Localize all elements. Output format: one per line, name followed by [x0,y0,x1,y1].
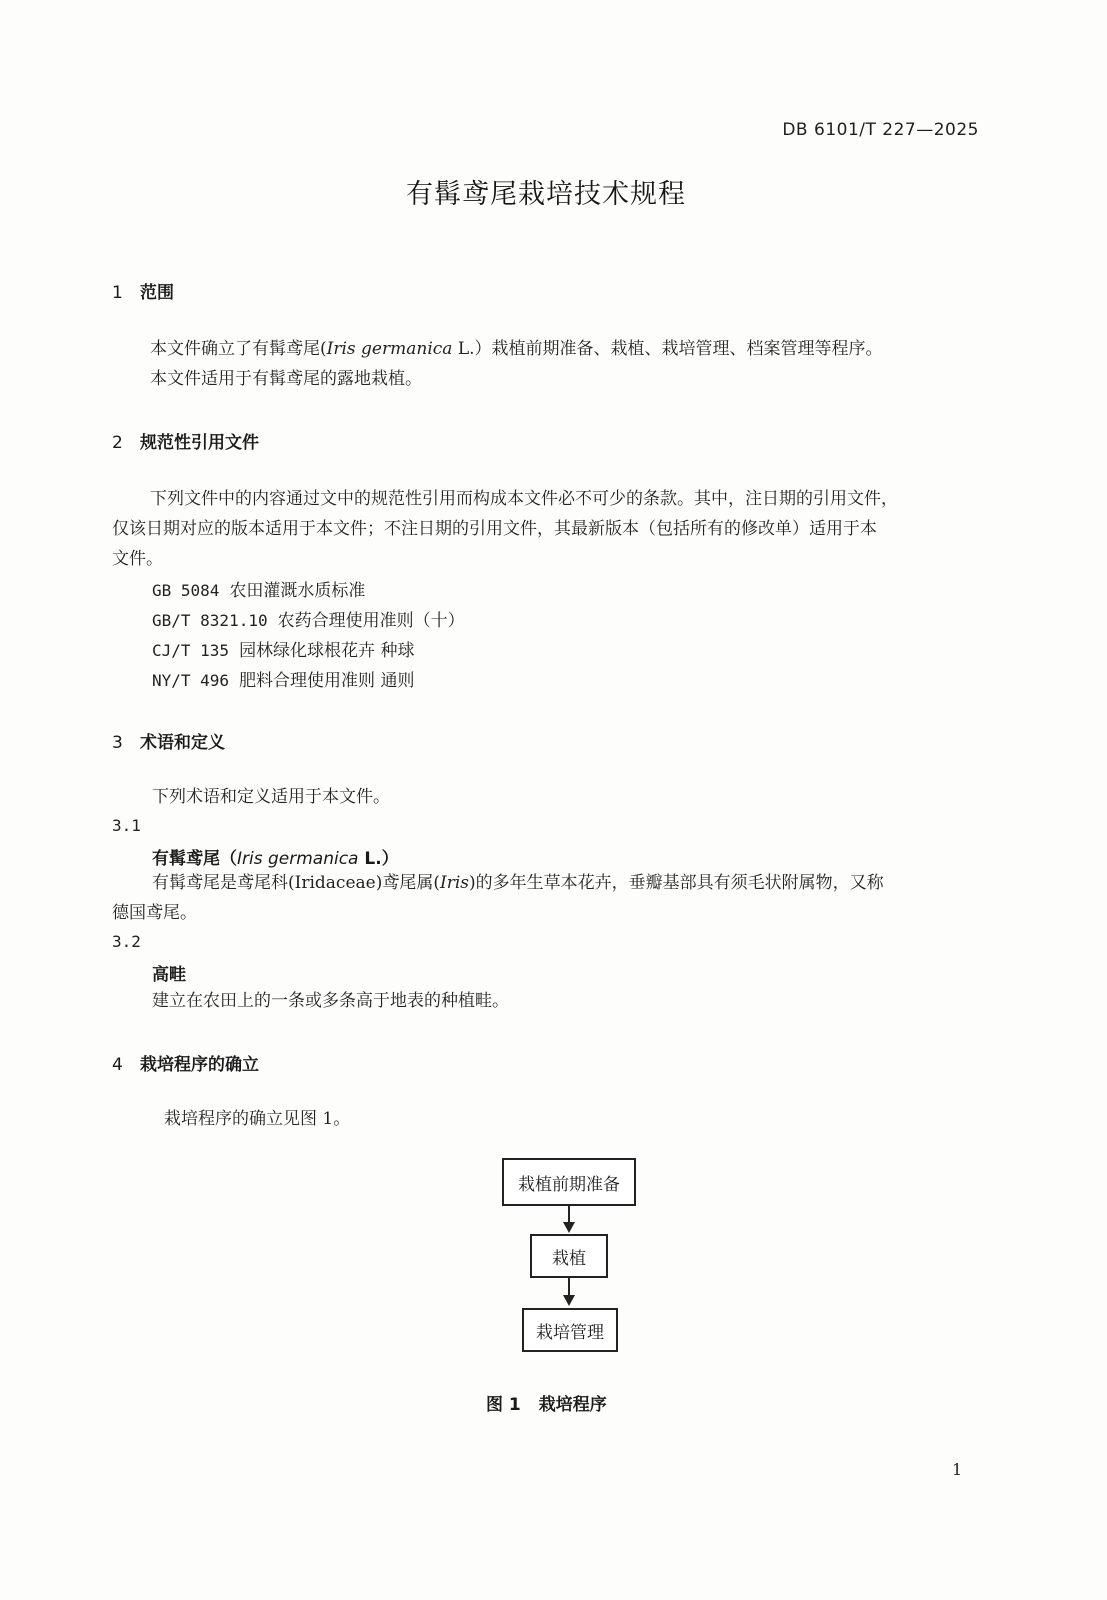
term-name: 高畦 [152,960,186,985]
section-number: 1 [112,283,140,303]
text: L.） [358,849,398,869]
term-definition: 建立在农田上的一条或多条高于地表的种植畦。 [152,986,509,1016]
reference-code: GB 5084 [152,581,219,600]
section-number: 4 [112,1055,140,1075]
arrow-line [568,1278,570,1296]
text: 本文件确立了有髯鸢尾( [150,339,327,359]
reference-code: CJ/T 135 [152,641,229,660]
section-number: 2 [112,433,140,453]
genus-name: Iris [440,873,469,893]
flow-step-management: 栽培管理 [522,1308,618,1352]
reference-title: 农药合理使用准则（十） [278,611,465,631]
section-title: 规范性引用文件 [140,433,259,453]
normative-intro-line-3: 文件。 [112,544,163,574]
species-name: Iris germanica [237,849,358,869]
term-definition: 有髯鸢尾是鸢尾科(Iridaceae)鸢尾属(Iris)的多年生草本花卉，垂瓣基… [152,868,884,898]
text: L.）栽植前期准备、栽植、栽培管理、档案管理等程序。 [452,339,882,359]
scope-paragraph-2: 本文件适用于有髯鸢尾的露地栽植。 [150,364,422,394]
section-2-heading: 2规范性引用文件 [112,428,259,453]
text: 有髯鸢尾（ [152,849,237,869]
scope-paragraph-1: 本文件确立了有髯鸢尾(Iris germanica L.）栽植前期准备、栽植、栽… [150,334,883,364]
flow-step-planting: 栽植 [530,1234,608,1278]
section-3-heading: 3术语和定义 [112,728,225,753]
figure-caption: 图 1栽培程序 [486,1390,607,1415]
procedure-intro: 栽培程序的确立见图 1。 [164,1104,350,1134]
figure-number: 图 1 [486,1395,521,1415]
document-title: 有髯鸢尾栽培技术规程 [0,172,1092,211]
reference-title: 肥料合理使用准则 通则 [239,671,414,691]
arrow-down-icon [563,1295,575,1306]
arrow-down-icon [563,1222,575,1233]
figure-title: 栽培程序 [539,1395,607,1415]
reference-item: CJ/T 135园林绿化球根花卉 种球 [152,636,414,661]
terms-intro: 下列术语和定义适用于本文件。 [152,782,390,812]
section-4-heading: 4栽培程序的确立 [112,1050,259,1075]
text: 有髯鸢尾是鸢尾科(Iridaceae)鸢尾属( [152,873,440,893]
reference-title: 农田灌溉水质标准 [229,581,365,601]
reference-item: GB 5084农田灌溉水质标准 [152,576,365,601]
section-number: 3 [112,733,140,753]
species-name: Iris germanica [327,339,453,359]
normative-intro-line-1: 下列文件中的内容通过文中的规范性引用而构成本文件必不可少的条款。其中，注日期的引… [150,484,898,514]
reference-item: GB/T 8321.10农药合理使用准则（十） [152,606,465,631]
reference-code: GB/T 8321.10 [152,611,268,630]
section-title: 栽培程序的确立 [140,1055,259,1075]
standard-code: DB 6101/T 227—2025 [782,120,979,140]
normative-intro-line-2: 仅该日期对应的版本适用于本文件；不注日期的引用文件，其最新版本（包括所有的修改单… [112,514,877,544]
flow-step-preparation: 栽植前期准备 [502,1158,636,1206]
reference-item: NY/T 496肥料合理使用准则 通则 [152,666,414,691]
reference-code: NY/T 496 [152,671,229,690]
term-number: 3.2 [112,932,141,951]
text: )的多年生草本花卉，垂瓣基部具有须毛状附属物，又称 [469,873,884,893]
page-number: 1 [952,1460,962,1479]
term-definition-line-2: 德国鸢尾。 [112,898,197,928]
term-number: 3.1 [112,816,141,835]
section-1-heading: 1范围 [112,278,174,303]
section-title: 术语和定义 [140,733,225,753]
term-name: 有髯鸢尾（Iris germanica L.） [152,844,399,869]
reference-title: 园林绿化球根花卉 种球 [239,641,414,661]
section-title: 范围 [140,283,174,303]
